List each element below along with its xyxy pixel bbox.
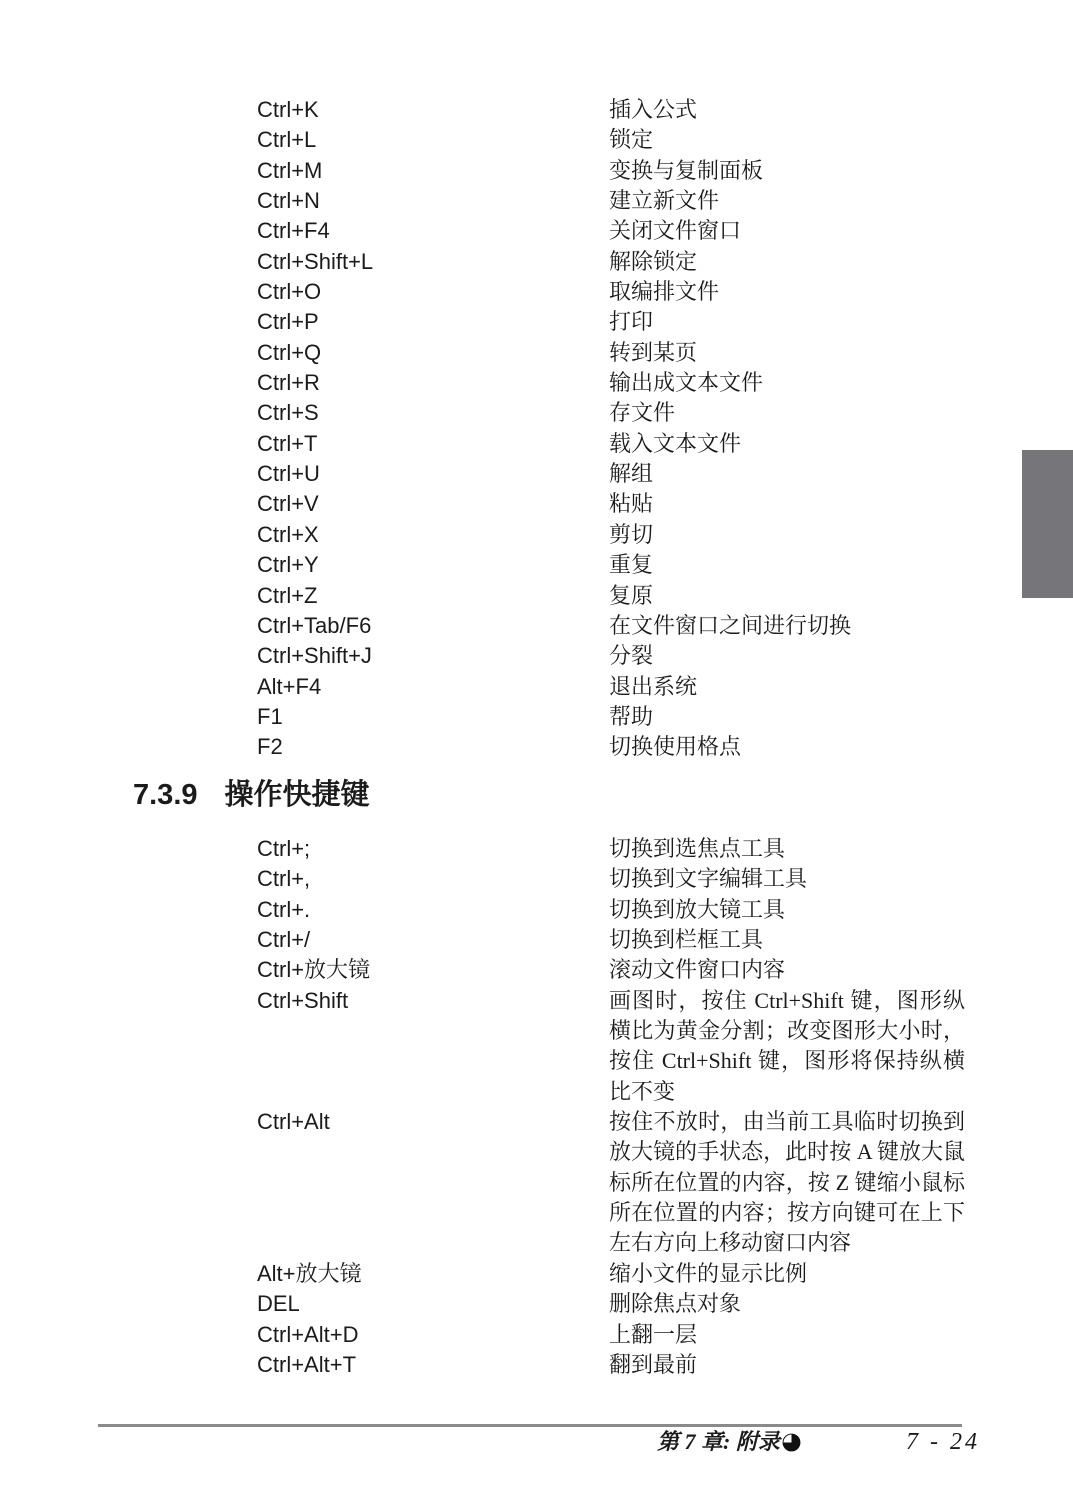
shortcut-description: 载入文本文件	[609, 429, 965, 459]
description-line: 横比为黄金分割；改变图形大小时，	[609, 1016, 965, 1046]
section-heading: 7.3.9操作快捷键	[133, 777, 370, 813]
shortcut-key: Ctrl+Y	[257, 550, 609, 580]
shortcut-key: Ctrl+P	[257, 307, 609, 337]
description-line: 标所在位置的内容，按 Z 键缩小鼠标	[609, 1168, 965, 1198]
shortcut-description: 翻到最前	[609, 1350, 965, 1380]
shortcut-key: Ctrl+L	[257, 125, 609, 155]
shortcut-row: Ctrl+放大镜滚动文件窗口内容	[257, 955, 965, 985]
shortcut-description: 解组	[609, 459, 965, 489]
description-line: 存文件	[609, 398, 965, 428]
description-line: 切换到栏框工具	[609, 925, 965, 955]
description-line: 左右方向上移动窗口内容	[609, 1228, 965, 1258]
shortcut-key: Ctrl+Alt+T	[257, 1350, 609, 1380]
description-line: 插入公式	[609, 95, 965, 125]
shortcut-description: 在文件窗口之间进行切换	[609, 611, 965, 641]
description-line: 退出系统	[609, 672, 965, 702]
shortcut-description: 取编排文件	[609, 277, 965, 307]
shortcut-key: Ctrl+O	[257, 277, 609, 307]
shortcut-description: 建立新文件	[609, 186, 965, 216]
shortcut-row: Ctrl+Tab/F6在文件窗口之间进行切换	[257, 611, 965, 641]
description-line: 帮助	[609, 702, 965, 732]
description-line: 解除锁定	[609, 247, 965, 277]
shortcut-description: 退出系统	[609, 672, 965, 702]
shortcut-row: Ctrl+N建立新文件	[257, 186, 965, 216]
description-line: 剪切	[609, 520, 965, 550]
description-line: 取编排文件	[609, 277, 965, 307]
description-line: 在文件窗口之间进行切换	[609, 611, 965, 641]
footer-divider	[98, 1424, 962, 1427]
shortcut-row: F1帮助	[257, 702, 965, 732]
shortcut-description: 缩小文件的显示比例	[609, 1259, 965, 1289]
shortcut-key: Ctrl+Q	[257, 338, 609, 368]
shortcut-row: Alt+放大镜缩小文件的显示比例	[257, 1259, 965, 1289]
description-line: 放大镜的手状态，此时按 A 键放大鼠	[609, 1137, 965, 1167]
shortcut-key: Ctrl+Tab/F6	[257, 611, 609, 641]
description-line: 按住不放时，由当前工具临时切换到	[609, 1107, 965, 1137]
shortcut-row: Ctrl+Alt+D上翻一层	[257, 1320, 965, 1350]
shortcut-key: Ctrl+Shift+J	[257, 641, 609, 671]
shortcut-key: Ctrl+M	[257, 156, 609, 186]
description-line: 切换使用格点	[609, 732, 965, 762]
section-number: 7.3.9	[133, 777, 198, 813]
description-line: 打印	[609, 307, 965, 337]
description-line: 重复	[609, 550, 965, 580]
shortcut-table-file-commands: Ctrl+K插入公式Ctrl+L锁定Ctrl+M变换与复制面板Ctrl+N建立新…	[257, 95, 965, 763]
shortcut-key: Ctrl+.	[257, 895, 609, 925]
description-line: 解组	[609, 459, 965, 489]
description-line: 变换与复制面板	[609, 156, 965, 186]
shortcut-description: 帮助	[609, 702, 965, 732]
shortcut-key: Ctrl+X	[257, 520, 609, 550]
shortcut-key: Ctrl+S	[257, 398, 609, 428]
shortcut-row: Ctrl+R输出成文本文件	[257, 368, 965, 398]
description-line: 锁定	[609, 125, 965, 155]
shortcut-key: Ctrl+N	[257, 186, 609, 216]
shortcut-description: 变换与复制面板	[609, 156, 965, 186]
shortcut-row: DEL删除焦点对象	[257, 1289, 965, 1319]
shortcut-key: Ctrl+Z	[257, 581, 609, 611]
shortcut-key: Ctrl+放大镜	[257, 955, 609, 985]
shortcut-description: 分裂	[609, 641, 965, 671]
shortcut-key: Ctrl+R	[257, 368, 609, 398]
shortcut-description: 转到某页	[609, 338, 965, 368]
shortcut-key: Ctrl+U	[257, 459, 609, 489]
description-line: 输出成文本文件	[609, 368, 965, 398]
description-line: 复原	[609, 581, 965, 611]
shortcut-row: Ctrl+X剪切	[257, 520, 965, 550]
shortcut-row: Ctrl+Alt按住不放时，由当前工具临时切换到放大镜的手状态，此时按 A 键放…	[257, 1107, 965, 1259]
shortcut-description: 输出成文本文件	[609, 368, 965, 398]
shortcut-key: Ctrl+V	[257, 489, 609, 519]
description-line: 切换到放大镜工具	[609, 895, 965, 925]
shortcut-row: Ctrl+/切换到栏框工具	[257, 925, 965, 955]
shortcut-key: Alt+放大镜	[257, 1259, 609, 1289]
shortcut-description: 剪切	[609, 520, 965, 550]
shortcut-row: Ctrl+.切换到放大镜工具	[257, 895, 965, 925]
shortcut-row: Ctrl+S存文件	[257, 398, 965, 428]
shortcut-description: 存文件	[609, 398, 965, 428]
shortcut-row: Ctrl+;切换到选焦点工具	[257, 834, 965, 864]
description-line: 粘贴	[609, 489, 965, 519]
shortcut-row: Ctrl+,切换到文字编辑工具	[257, 864, 965, 894]
shortcut-row: Ctrl+Q转到某页	[257, 338, 965, 368]
shortcut-row: Ctrl+L锁定	[257, 125, 965, 155]
description-line: 缩小文件的显示比例	[609, 1259, 965, 1289]
description-line: 比不变	[609, 1077, 965, 1107]
shortcut-key: Ctrl+K	[257, 95, 609, 125]
shortcut-row: Ctrl+Alt+T翻到最前	[257, 1350, 965, 1380]
three-quarter-circle-icon	[782, 1433, 801, 1452]
shortcut-key: F2	[257, 732, 609, 762]
shortcut-row: Ctrl+Shift+L解除锁定	[257, 247, 965, 277]
shortcut-key: DEL	[257, 1289, 609, 1319]
shortcut-row: Ctrl+P打印	[257, 307, 965, 337]
description-line: 切换到文字编辑工具	[609, 864, 965, 894]
shortcut-description: 画图时，按住 Ctrl+Shift 键，图形纵横比为黄金分割；改变图形大小时，按…	[609, 986, 965, 1107]
shortcut-description: 切换到选焦点工具	[609, 834, 965, 864]
shortcut-table-operation: Ctrl+;切换到选焦点工具Ctrl+,切换到文字编辑工具Ctrl+.切换到放大…	[257, 834, 965, 1380]
shortcut-row: Ctrl+U解组	[257, 459, 965, 489]
page-edge-thumb-tab	[1022, 450, 1073, 598]
description-line: 关闭文件窗口	[609, 216, 965, 246]
shortcut-description: 关闭文件窗口	[609, 216, 965, 246]
description-line: 转到某页	[609, 338, 965, 368]
footer-chapter-label: 第 7 章: 附录	[657, 1429, 780, 1455]
shortcut-description: 切换使用格点	[609, 732, 965, 762]
shortcut-description: 重复	[609, 550, 965, 580]
shortcut-row: Ctrl+O取编排文件	[257, 277, 965, 307]
shortcut-key: Ctrl+T	[257, 429, 609, 459]
description-line: 翻到最前	[609, 1350, 965, 1380]
shortcut-row: Ctrl+M变换与复制面板	[257, 156, 965, 186]
description-line: 载入文本文件	[609, 429, 965, 459]
shortcut-description: 复原	[609, 581, 965, 611]
shortcut-key: Ctrl+Shift	[257, 986, 609, 1016]
shortcut-description: 切换到放大镜工具	[609, 895, 965, 925]
description-line: 切换到选焦点工具	[609, 834, 965, 864]
description-line: 滚动文件窗口内容	[609, 955, 965, 985]
shortcut-key: F1	[257, 702, 609, 732]
shortcut-description: 粘贴	[609, 489, 965, 519]
shortcut-description: 删除焦点对象	[609, 1289, 965, 1319]
shortcut-key: Ctrl+Alt	[257, 1107, 609, 1137]
shortcut-description: 滚动文件窗口内容	[609, 955, 965, 985]
shortcut-key: Alt+F4	[257, 672, 609, 702]
description-line: 按住 Ctrl+Shift 键，图形将保持纵横	[609, 1046, 965, 1076]
shortcut-key: Ctrl+/	[257, 925, 609, 955]
shortcut-key: Ctrl+F4	[257, 216, 609, 246]
description-line: 删除焦点对象	[609, 1289, 965, 1319]
footer-page-number: 7 - 24	[906, 1428, 980, 1456]
shortcut-key: Ctrl+;	[257, 834, 609, 864]
shortcut-description: 切换到栏框工具	[609, 925, 965, 955]
shortcut-row: Ctrl+F4关闭文件窗口	[257, 216, 965, 246]
shortcut-row: Ctrl+Y重复	[257, 550, 965, 580]
shortcut-row: Ctrl+Shift画图时，按住 Ctrl+Shift 键，图形纵横比为黄金分割…	[257, 986, 965, 1107]
shortcut-row: Ctrl+Z复原	[257, 581, 965, 611]
shortcut-description: 插入公式	[609, 95, 965, 125]
shortcut-row: Ctrl+T载入文本文件	[257, 429, 965, 459]
shortcut-row: Ctrl+V粘贴	[257, 489, 965, 519]
description-line: 画图时，按住 Ctrl+Shift 键，图形纵	[609, 986, 965, 1016]
shortcut-description: 锁定	[609, 125, 965, 155]
shortcut-key: Ctrl+,	[257, 864, 609, 894]
description-line: 分裂	[609, 641, 965, 671]
shortcut-key: Ctrl+Shift+L	[257, 247, 609, 277]
shortcut-row: Alt+F4退出系统	[257, 672, 965, 702]
description-line: 上翻一层	[609, 1320, 965, 1350]
shortcut-description: 上翻一层	[609, 1320, 965, 1350]
shortcut-description: 切换到文字编辑工具	[609, 864, 965, 894]
section-title: 操作快捷键	[225, 779, 370, 811]
shortcut-row: Ctrl+Shift+J分裂	[257, 641, 965, 671]
shortcut-description: 解除锁定	[609, 247, 965, 277]
shortcut-description: 打印	[609, 307, 965, 337]
shortcut-row: Ctrl+K插入公式	[257, 95, 965, 125]
description-line: 所在位置的内容；按方向键可在上下	[609, 1198, 965, 1228]
description-line: 建立新文件	[609, 186, 965, 216]
shortcut-description: 按住不放时，由当前工具临时切换到放大镜的手状态，此时按 A 键放大鼠标所在位置的…	[609, 1107, 965, 1259]
shortcut-key: Ctrl+Alt+D	[257, 1320, 609, 1350]
shortcut-row: F2切换使用格点	[257, 732, 965, 762]
